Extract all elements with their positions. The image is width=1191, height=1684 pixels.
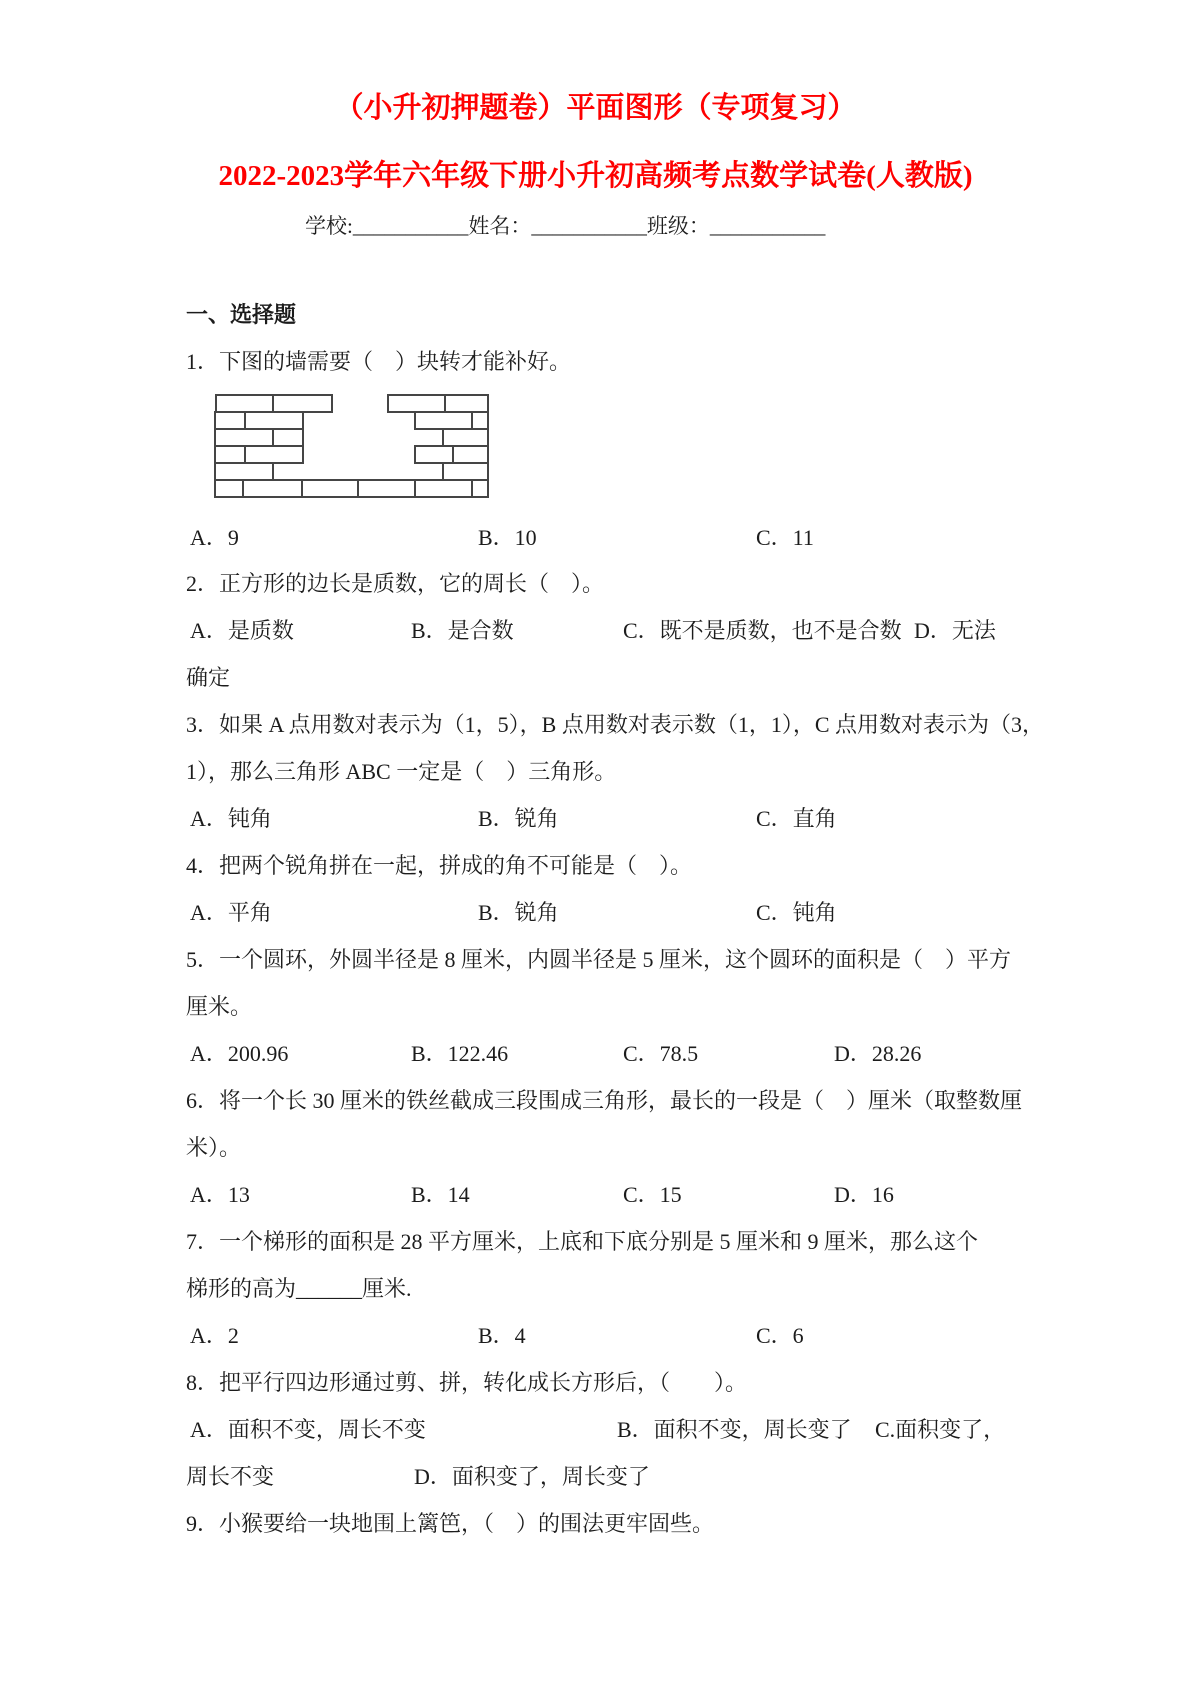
question-8-text: 8．把平行四边形通过剪、拼，转化成长方形后，（ ）。 — [186, 1371, 747, 1395]
q4-option-a: A．平角 — [190, 901, 272, 925]
section-heading: 一、选择题 — [186, 303, 296, 327]
q3-option-c: C．直角 — [756, 807, 837, 831]
q5-option-d: D．28.26 — [834, 1042, 921, 1066]
question-6-text-line2: 米）。 — [186, 1136, 241, 1160]
question-3-text-line2: 1），那么三角形 ABC 一定是（ ）三角形。 — [186, 760, 616, 784]
q2-option-b: B．是合数 — [411, 619, 514, 643]
brick-wall-svg — [214, 394, 490, 498]
q2-option-d-overflow: 确定 — [186, 666, 230, 690]
q5-option-b: B．122.46 — [411, 1042, 508, 1066]
q1-option-a: A．9 — [190, 526, 239, 550]
exam-page: （小升初押题卷）平面图形（专项复习） 2022-2023学年六年级下册小升初高频… — [0, 0, 1191, 1684]
q8-option-c-part1: C.面积变了， — [875, 1418, 1005, 1442]
question-9-text: 9．小猴要给一块地围上篱笆，（ ）的围法更牢固些。 — [186, 1512, 714, 1536]
q7-option-c: C．6 — [756, 1324, 804, 1348]
q2-option-a: A．是质数 — [190, 619, 294, 643]
q6-option-b: B．14 — [411, 1183, 470, 1207]
q8-option-c-part2: 周长不变 — [186, 1465, 274, 1489]
q1-option-b: B．10 — [478, 526, 537, 550]
q4-option-c: C．钝角 — [756, 901, 837, 925]
question-7-text-line2: 梯形的高为______厘米. — [186, 1277, 412, 1301]
question-7-text-line1: 7．一个梯形的面积是 28 平方厘米，上底和下底分别是 5 厘米和 9 厘米，那… — [186, 1230, 978, 1254]
question-5-text-line1: 5．一个圆环，外圆半径是 8 厘米，内圆半径是 5 厘米，这个圆环的面积是（ ）… — [186, 948, 1011, 972]
q8-option-b: B．面积不变，周长变了 — [617, 1418, 852, 1442]
q5-option-c: C．78.5 — [623, 1042, 698, 1066]
q4-option-b: B．锐角 — [478, 901, 559, 925]
q8-option-d: D．面积变了，周长变了 — [414, 1465, 650, 1489]
q3-option-a: A．钝角 — [190, 807, 272, 831]
q6-option-a: A．13 — [190, 1183, 250, 1207]
question-2-text: 2．正方形的边长是质数，它的周长（ ）。 — [186, 572, 604, 596]
question-1-text: 1．下图的墙需要（ ）块转才能补好。 — [186, 350, 571, 374]
q6-option-d: D．16 — [834, 1183, 894, 1207]
q7-option-b: B．4 — [478, 1324, 526, 1348]
question-6-text-line1: 6．将一个长 30 厘米的铁丝截成三段围成三角形，最长的一段是（ ）厘米（取整数… — [186, 1089, 1022, 1113]
school-name-class-line: 学校:___________姓名：___________班级：_________… — [305, 215, 825, 238]
q1-option-c: C．11 — [756, 526, 814, 550]
question-4-text: 4．把两个锐角拼在一起，拼成的角不可能是（ ）。 — [186, 854, 692, 878]
question-3-text-line1: 3．如果 A 点用数对表示为（1，5），B 点用数对表示数（1，1），C 点用数… — [186, 713, 1044, 737]
q2-option-c: C．既不是质数，也不是合数 — [623, 619, 902, 643]
brick-wall-figure — [214, 394, 490, 503]
q5-option-a: A．200.96 — [190, 1042, 288, 1066]
q7-option-a: A．2 — [190, 1324, 239, 1348]
q8-option-a: A．面积不变，周长不变 — [190, 1418, 426, 1442]
q2-option-d: D．无法 — [914, 619, 996, 643]
question-5-text-line2: 厘米。 — [186, 995, 252, 1019]
q3-option-b: B．锐角 — [478, 807, 559, 831]
q6-option-c: C．15 — [623, 1183, 682, 1207]
page-subtitle: 2022-2023学年六年级下册小升初高频考点数学试卷(人教版) — [0, 161, 1191, 193]
page-title: （小升初押题卷）平面图形（专项复习） — [0, 93, 1191, 125]
